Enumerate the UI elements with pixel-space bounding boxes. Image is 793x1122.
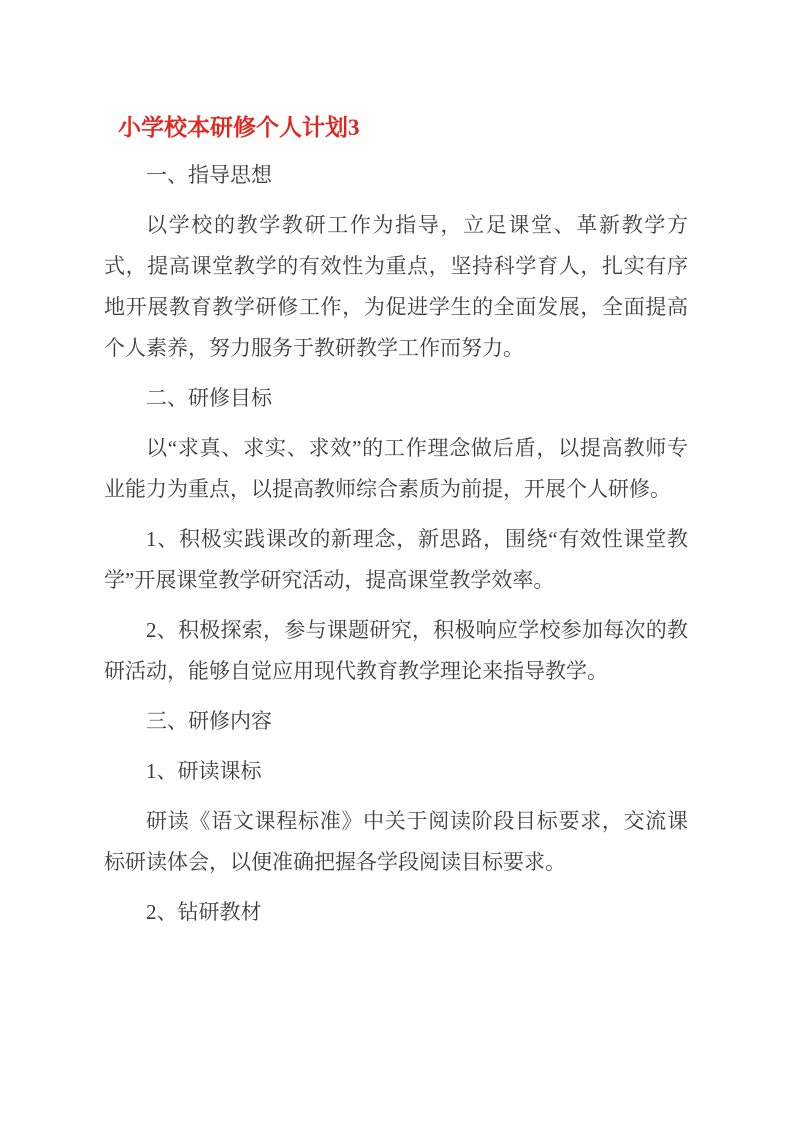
document-title: 小学校本研修个人计划3	[118, 112, 688, 144]
list-item-practice-new-concepts: 1、积极实践课改的新理念，新思路，围绕“有效性课堂教学”开展课堂教学研究活动，提…	[104, 519, 688, 601]
document-page: 小学校本研修个人计划3 一、指导思想 以学校的教学教研工作为指导，立足课堂、革新…	[0, 0, 793, 1122]
section-heading-training-content: 三、研修内容	[104, 701, 688, 742]
paragraph-study-curriculum-standard: 研读《语文课程标准》中关于阅读阶段目标要求，交流课标研读体会，以便准确把握各学段…	[104, 801, 688, 883]
paragraph-guiding-ideology: 以学校的教学教研工作为指导，立足课堂、革新教学方式，提高课堂教学的有效性为重点，…	[104, 205, 688, 369]
section-heading-training-goals: 二、研修目标	[104, 378, 688, 419]
subheading-study-teaching-material: 2、钻研教材	[104, 892, 688, 933]
subheading-study-curriculum-standard: 1、研读课标	[104, 751, 688, 792]
paragraph-training-goals: 以“求真、求实、求效”的工作理念做后盾，以提高教师专业能力为重点，以提高教师综合…	[104, 428, 688, 510]
list-item-explore-research: 2、积极探索，参与课题研究，积极响应学校参加每次的教研活动，能够自觉应用现代教育…	[104, 610, 688, 692]
section-heading-guiding-ideology: 一、指导思想	[104, 155, 688, 196]
